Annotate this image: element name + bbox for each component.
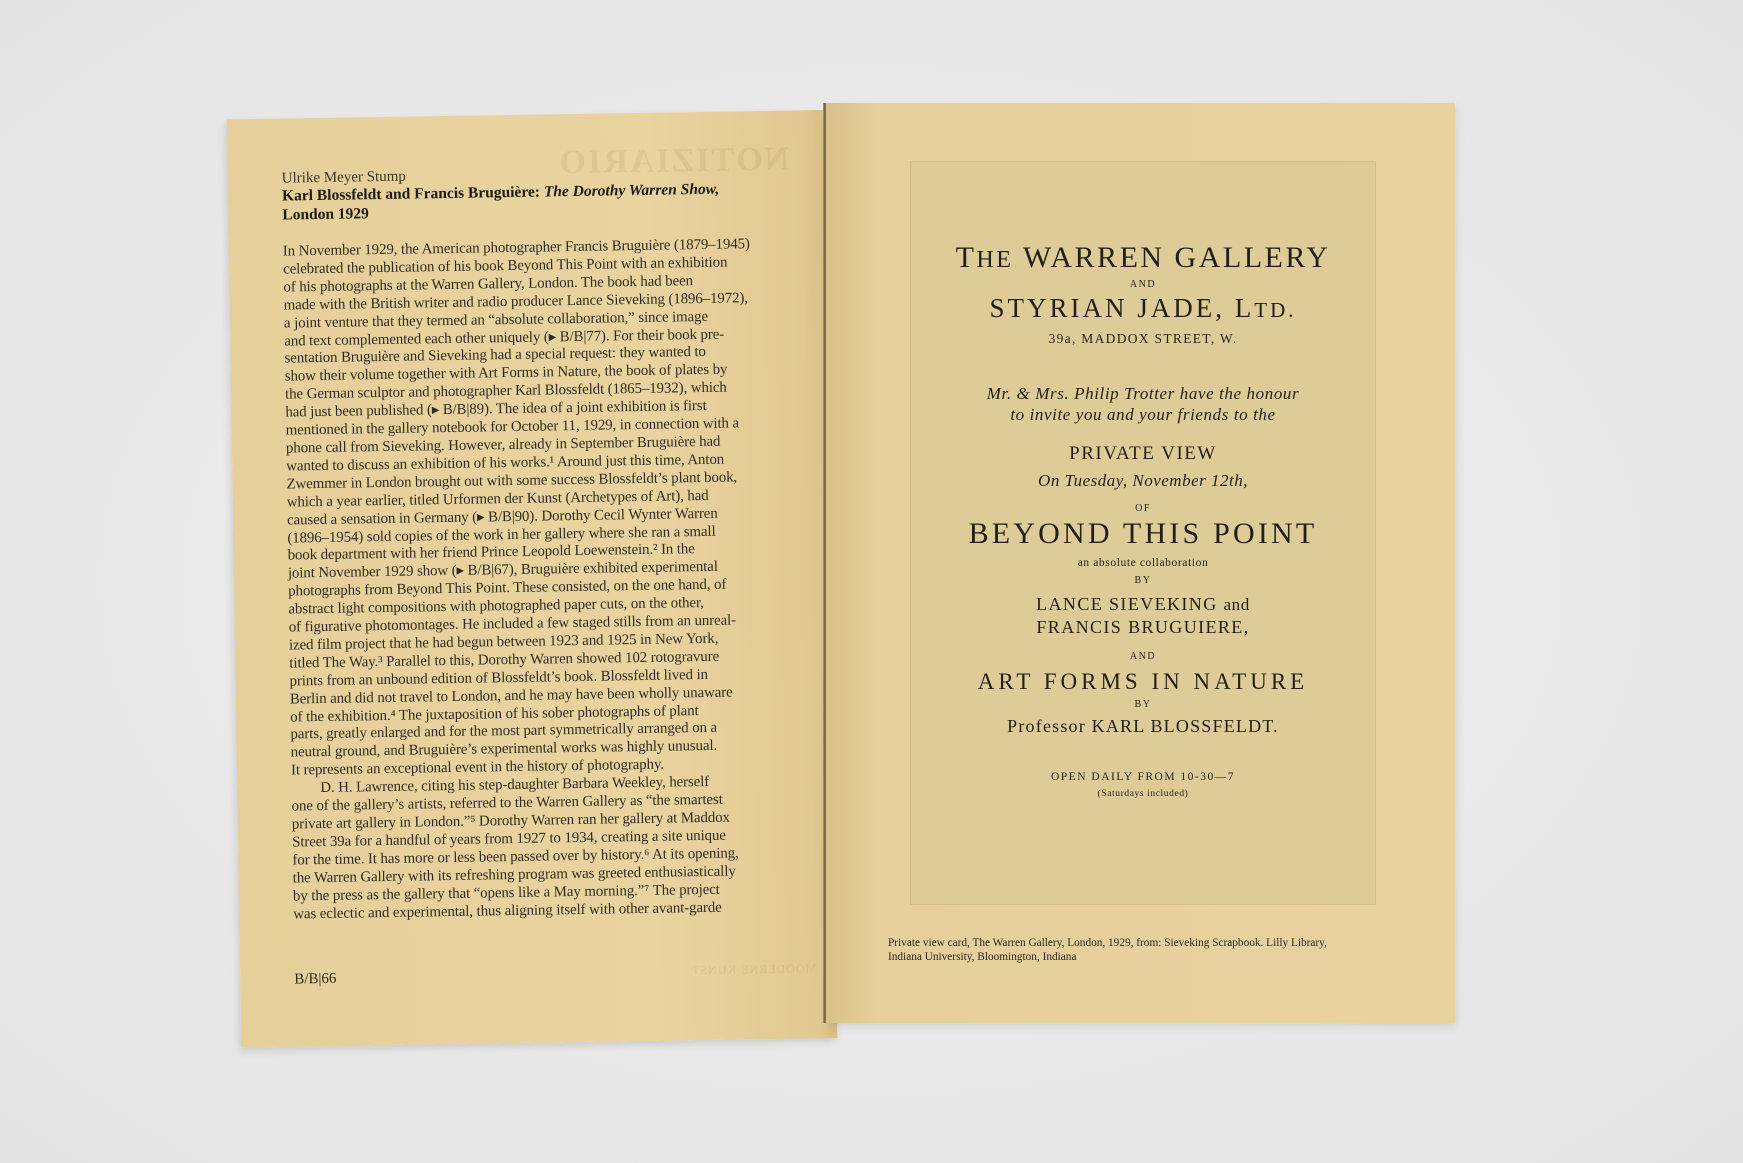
private-view-card: THE WARREN GALLERY AND STYRIAN JADE, LTD… — [910, 161, 1376, 905]
beyond-this-point-title: BEYOND THIS POINT — [910, 517, 1376, 551]
saturdays-note: (Saturdays included) — [910, 789, 1376, 799]
invite-line-1: Mr. & Mrs. Philip Trotter have the honou… — [910, 383, 1376, 404]
absolute-collaboration: an absolute collaboration — [910, 557, 1376, 569]
gallery-the-rest: HE — [976, 247, 1013, 273]
gallery-name-text: WARREN GALLERY — [1023, 241, 1331, 274]
title-italic: The Dorothy Warren Show, — [544, 181, 720, 201]
invite-line-2: to invite you and your friends to the — [910, 404, 1376, 425]
show-through-footer: MOODERNE KUNST — [691, 961, 816, 978]
card-by-1: BY — [910, 575, 1376, 586]
card-by-2: BY — [910, 699, 1376, 710]
caption-line-1: Private view card, The Warren Gallery, L… — [888, 937, 1388, 951]
gallery-the-initial: T — [956, 241, 977, 274]
styrian-jade: STYRIAN JADE, LTD. — [910, 293, 1376, 324]
card-authors: LANCE SIEVEKING and FRANCIS BRUGUIERE, — [910, 593, 1376, 639]
gallery-name: THE WARREN GALLERY — [910, 241, 1376, 275]
opening-hours: OPEN DAILY FROM 10-30—7 — [910, 771, 1376, 783]
private-view-heading: PRIVATE VIEW — [910, 443, 1376, 465]
title-line2: London 1929 — [282, 205, 369, 223]
card-and-1: AND — [910, 279, 1376, 290]
styrian-text: STYRIAN JADE, L — [990, 293, 1255, 323]
caption-line-2: Indiana University, Bloomington, Indiana — [888, 951, 1388, 965]
event-date: On Tuesday, November 12th, — [910, 471, 1376, 491]
article: Ulrike Meyer Stump Karl Blossfeldt and F… — [282, 163, 790, 924]
gallery-address: 39a, MADDOX STREET, W. — [910, 331, 1376, 347]
card-of: OF — [910, 503, 1376, 514]
image-caption: Private view card, The Warren Gallery, L… — [888, 937, 1388, 964]
invitation-text: Mr. & Mrs. Philip Trotter have the honou… — [910, 383, 1376, 425]
author-and: and — [1224, 595, 1250, 614]
art-forms-title: ART FORMS IN NATURE — [910, 669, 1376, 695]
article-title: Karl Blossfeldt and Francis Bruguière: T… — [282, 179, 779, 225]
author-bruguiere: FRANCIS BRUGUIERE, — [910, 616, 1376, 639]
page-number: B/B|66 — [294, 971, 336, 989]
title-part1: Karl Blossfeldt and Francis Bruguière: — [282, 183, 544, 204]
left-page: NOTIZIARIO Ulrike Meyer Stump Karl Bloss… — [227, 110, 838, 1047]
author-sieveking: LANCE SIEVEKING — [1036, 594, 1223, 614]
article-body: In November 1929, the American photograp… — [283, 236, 790, 924]
professor-blossfeldt: Professor KARL BLOSSFELDT. — [910, 716, 1376, 737]
right-page: THE WARREN GALLERY AND STYRIAN JADE, LTD… — [826, 103, 1455, 1023]
card-and-2: AND — [910, 651, 1376, 662]
styrian-ltd: TD. — [1254, 298, 1296, 322]
